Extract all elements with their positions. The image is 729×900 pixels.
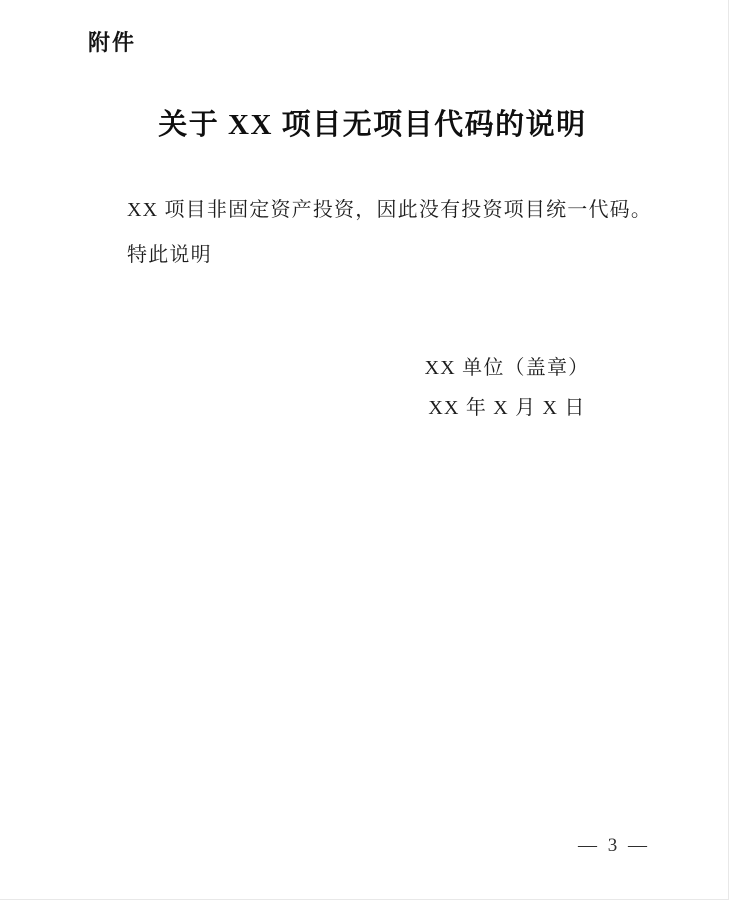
attachment-label: 附件 xyxy=(88,26,136,57)
document-title: 关于 XX 项目无项目代码的说明 xyxy=(8,102,729,143)
signature-unit: XX 单位（盖章） xyxy=(357,348,657,388)
page-number: — 3 — xyxy=(578,835,650,857)
signature-block: XX 单位（盖章） XX 年 X 月 X 日 xyxy=(357,348,657,428)
body-line-1: XX 项目非固定资产投资，因此没有投资项目统一代码。 xyxy=(127,188,627,233)
body-line-2: 特此说明 xyxy=(127,233,627,278)
signature-date: XX 年 X 月 X 日 xyxy=(357,388,657,428)
body-paragraph: XX 项目非固定资产投资，因此没有投资项目统一代码。 特此说明 xyxy=(127,188,627,278)
document-page: 附件 关于 XX 项目无项目代码的说明 XX 项目非固定资产投资，因此没有投资项… xyxy=(0,0,729,900)
